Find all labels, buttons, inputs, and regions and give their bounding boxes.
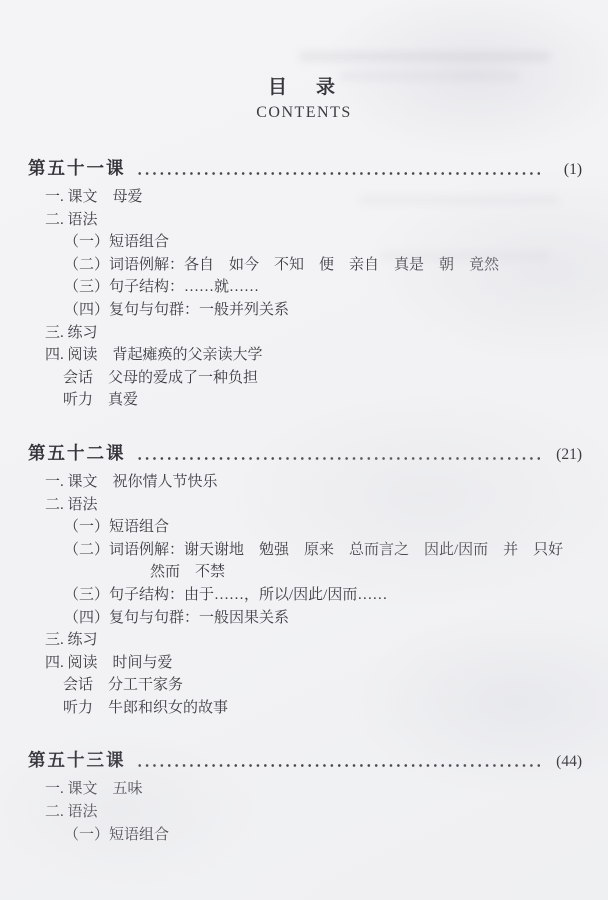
dotted-leader (136, 456, 541, 461)
toc-line: 会话 父母的爱成了一种负担 (63, 367, 582, 390)
scanned-book-page: 目 录 CONTENTS 第五十一课 (1) 一. 课文 母爱 二. 语法 （一… (0, 0, 608, 900)
lesson-lines: 一. 课文 祝你情人节快乐 二. 语法 （一）短语组合 （二）词语例解：谢天谢地… (28, 471, 582, 720)
dotted-leader (136, 171, 541, 176)
toc-line: 然而 不禁 (150, 561, 582, 584)
lesson-title: 第五十一课 (28, 155, 126, 180)
toc-line: （二）词语例解：谢天谢地 勉强 原来 总而言之 因此/因而 并 只好 (64, 539, 582, 562)
lesson-page-number: (44) (548, 753, 582, 771)
contents-title-chinese: 目 录 (0, 72, 608, 99)
toc-line: （一）短语组合 (64, 824, 582, 847)
table-of-contents: 第五十一课 (1) 一. 课文 母爱 二. 语法 （一）短语组合 （二）词语例解… (0, 155, 608, 846)
toc-line: 听力 牛郎和织女的故事 (63, 697, 582, 720)
lesson-header: 第五十二课 (21) (28, 440, 582, 466)
dotted-leader (136, 763, 541, 768)
toc-line: （四）复句与句群：一般并列关系 (64, 299, 582, 322)
toc-line: 四. 阅读 背起瘫痪的父亲读大学 (45, 344, 582, 367)
lesson-page-number: (21) (548, 446, 582, 464)
toc-line: （一）短语组合 (64, 231, 582, 254)
lesson-page-number: (1) (548, 161, 582, 179)
lesson-title: 第五十三课 (28, 747, 126, 772)
lesson-lines: 一. 课文 母爱 二. 语法 （一）短语组合 （二）词语例解：各自 如今 不知 … (28, 186, 582, 412)
lesson-lines: 一. 课文 五味 二. 语法 （一）短语组合 (28, 778, 582, 846)
toc-line: 四. 阅读 时间与爱 (45, 652, 582, 675)
toc-line: 二. 语法 (45, 494, 582, 517)
lesson-header: 第五十一课 (1) (28, 155, 582, 181)
lesson-52-block: 第五十二课 (21) 一. 课文 祝你情人节快乐 二. 语法 （一）短语组合 （… (28, 440, 582, 720)
contents-title-english: CONTENTS (0, 104, 608, 122)
toc-line: 一. 课文 祝你情人节快乐 (45, 471, 582, 494)
toc-line: （一）短语组合 (64, 516, 582, 539)
lesson-51-block: 第五十一课 (1) 一. 课文 母爱 二. 语法 （一）短语组合 （二）词语例解… (28, 155, 582, 412)
lesson-header: 第五十三课 (44) (28, 747, 582, 773)
lesson-53-block: 第五十三课 (44) 一. 课文 五味 二. 语法 （一）短语组合 (28, 747, 582, 846)
toc-line: （三）句子结构：……就…… (64, 276, 582, 299)
toc-line: （四）复句与句群：一般因果关系 (64, 607, 582, 630)
toc-line: 三. 练习 (45, 322, 582, 345)
toc-line: 二. 语法 (45, 209, 582, 232)
toc-line: 二. 语法 (45, 801, 582, 824)
contents-title-block: 目 录 CONTENTS (0, 0, 608, 122)
toc-line: 一. 课文 母爱 (45, 186, 582, 209)
toc-line: 听力 真爱 (63, 389, 582, 412)
toc-line: 三. 练习 (45, 629, 582, 652)
toc-line: （三）句子结构：由于……，所以/因此/因而…… (64, 584, 582, 607)
toc-line: 一. 课文 五味 (45, 778, 582, 801)
toc-line: （二）词语例解：各自 如今 不知 便 亲自 真是 朝 竟然 (64, 254, 582, 277)
toc-line: 会话 分工干家务 (63, 674, 582, 697)
lesson-title: 第五十二课 (28, 440, 126, 465)
